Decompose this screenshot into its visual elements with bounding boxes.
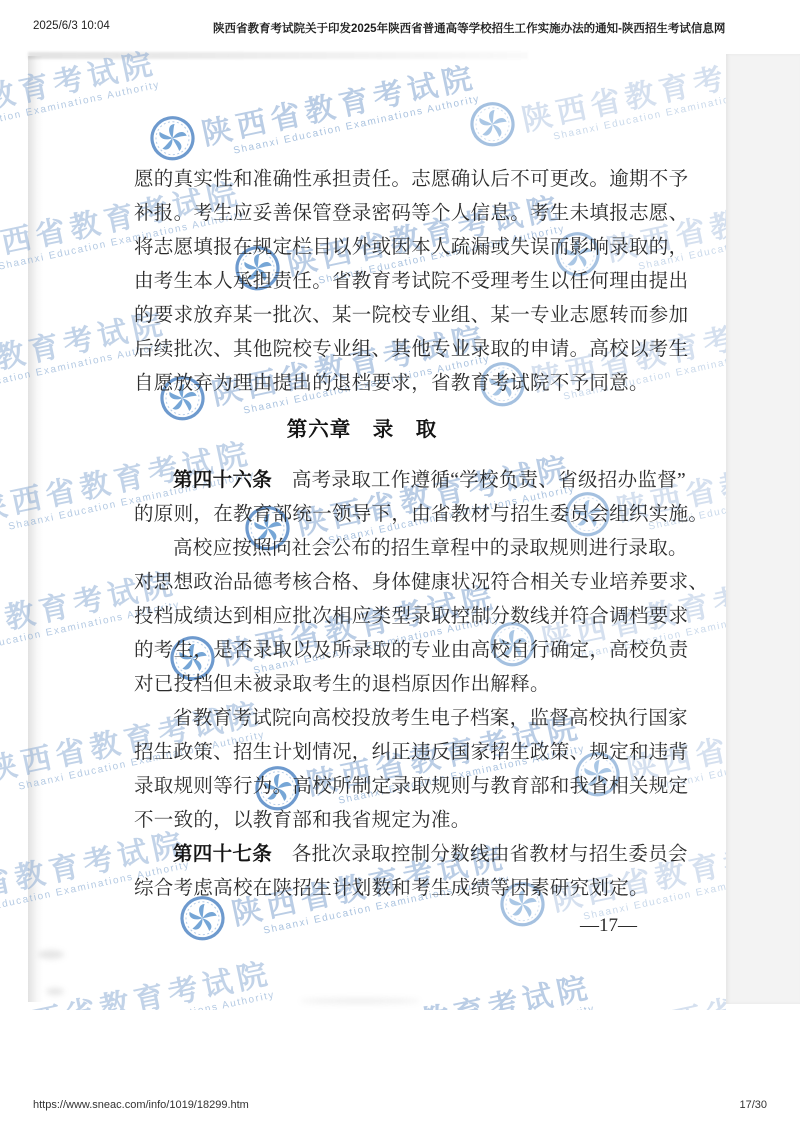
watermark-unit: 陕西省教育考试院Shaanxi Education Examinations A… [465, 50, 726, 151]
watermark-unit: 陕西省教育考试院Shaanxi Education Examinations A… [145, 51, 480, 165]
article-lead-line: 第四十六条 高考录取工作遵循“学校负责、省级招办监督” [134, 464, 668, 498]
document-line: 省教育考试院向高校投放考生电子档案，监督高校执行国家 [134, 702, 668, 736]
document-page-number: —17— [134, 910, 668, 942]
article-lead-line: 第四十七条 各批次录取控制分数线由省教材与招生委员会 [134, 838, 668, 872]
document-line: 由考生本人承担责任。省教育考试院不受理考生以任何理由提出 [134, 265, 668, 299]
scan-bed-right-margin [726, 54, 800, 1004]
print-timestamp: 2025/6/3 10:04 [33, 20, 110, 32]
article-number: 第四十七条 [173, 844, 272, 865]
document-line: 后续批次、其他院校专业组、其他专业录取的申请。高校以考生 [134, 333, 668, 367]
document-line: 高校应按照向社会公布的招生章程中的录取规则进行录取。 [134, 532, 668, 566]
print-preview-page: 2025/6/3 10:04 陕西省教育考试院关于印发2025年陕西省普通高等学… [0, 0, 800, 1132]
document-line: 招生政策、招生计划情况，纠正违反国家招生政策、规定和违背 [134, 736, 668, 770]
watermark-cn-text: 陕西省教育考试院 [632, 948, 726, 1010]
document-line: 的考生，是否录取以及所录取的专业由高校自行确定，高校负责 [134, 634, 668, 668]
document-line: 对已投档但未被录取考生的退档原因作出解释。 [134, 668, 668, 702]
watermark-unit: 陕西省教育考试院Shaanxi Education Examinations A… [580, 947, 726, 1010]
watermark-unit: 陕西省教育考试院Shaanxi Education Examinations A… [0, 50, 161, 151]
document-line: 愿的真实性和准确性承担责任。志愿确认后不可更改。逾期不予 [134, 163, 668, 197]
article-number: 第四十六条 [173, 470, 272, 491]
document-line: 将志愿填报在规定栏目以外或因本人疏漏或失误而影响录取的， [134, 231, 668, 265]
scan-smudge [300, 998, 420, 1004]
print-page-indicator: 17/30 [739, 1099, 767, 1111]
chapter-heading: 第六章 录 取 [134, 412, 590, 448]
document-text-block: 愿的真实性和准确性承担责任。志愿确认后不可更改。逾期不予补报。考生应妥善保管登录… [134, 163, 668, 942]
document-line: 投档成绩达到相应批次相应类型录取控制分数线并符合调档要求 [134, 600, 668, 634]
document-line: 不一致的，以教育部和我省规定为准。 [134, 804, 668, 838]
scanned-document: 陕西省教育考试院Shaanxi Education Examinations A… [0, 50, 800, 1010]
document-line: 综合考虑高校在陕招生计划数和考生成绩等因素研究划定。 [134, 872, 668, 906]
document-line: 录取规则等行为。高校所制定录取规则与教育部和我省相关规定 [134, 770, 668, 804]
scan-smudge [46, 988, 64, 995]
document-line: 的原则，在教育部统一领导下，由省教材与招生委员会组织实施。 [134, 498, 668, 532]
scan-smudge [38, 950, 64, 959]
print-document-title: 陕西省教育考试院关于印发2025年陕西省普通高等学校招生工作实施办法的通知-陕西… [213, 20, 725, 36]
pinwheel-seal-icon [145, 111, 200, 166]
document-line: 对思想政治品德考核合格、身体健康状况符合相关专业培养要求、 [134, 566, 668, 600]
document-line: 自愿放弃为理由提出的退档要求，省教育考试院不予同意。 [134, 367, 668, 401]
pinwheel-seal-icon [465, 97, 520, 152]
document-line: 的要求放弃某一批次、某一院校专业组、某一专业志愿转而参加 [134, 299, 668, 333]
document-line: 补报。考生应妥善保管登录密码等个人信息。考生未填报志愿、 [134, 197, 668, 231]
print-source-url: https://www.sneac.com/info/1019/18299.ht… [33, 1099, 249, 1111]
